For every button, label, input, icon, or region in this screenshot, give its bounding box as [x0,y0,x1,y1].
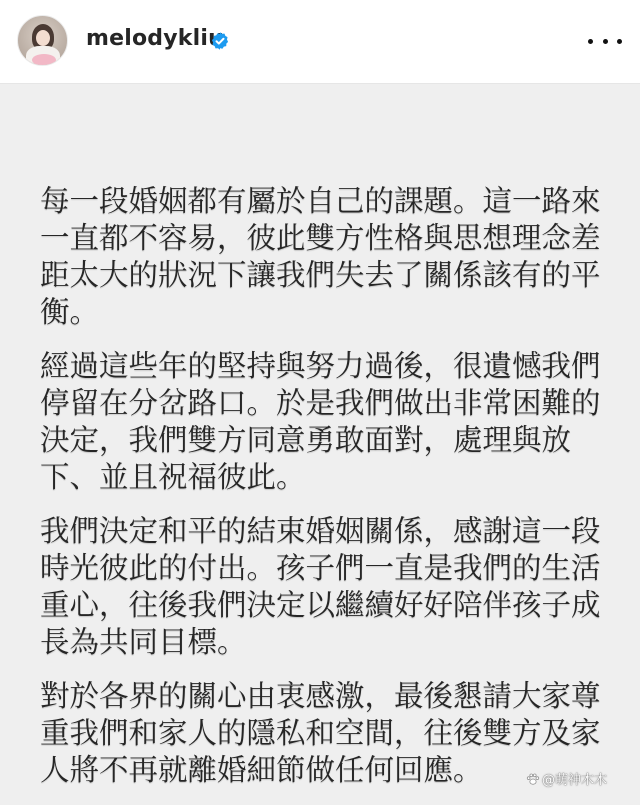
post-paragraph-1: 每一段婚姻都有屬於自己的課題。這一路來 一直都不容易，彼此雙方性格與思想理念差 … [40,183,610,331]
username-link[interactable]: melodykliu [86,26,224,51]
post-paragraph-2: 經過這些年的堅持與努力過後，很遺憾我們 停留在分岔路口。於是我們做出非常困難的 … [40,348,610,496]
more-dot-icon [617,39,622,44]
watermark: @萌神木木 [526,769,607,788]
more-dot-icon [603,39,608,44]
paw-icon [526,772,540,786]
avatar-face [36,30,50,46]
watermark-text: @萌神木木 [542,769,607,788]
more-dot-icon [588,39,593,44]
post-text-image: 每一段婚姻都有屬於自己的課題。這一路來 一直都不容易，彼此雙方性格與思想理念差 … [40,183,610,805]
post-paragraph-4: 對於各界的關心由衷感激，最後懇請大家尊 重我們和家人的隱私和空間，往後雙方及家 … [40,678,610,789]
avatar[interactable] [17,15,68,66]
avatar-flowers [32,54,56,66]
post-paragraph-3: 我們決定和平的結束婚姻關係，感謝這一段 時光彼此的付出。孩子們一直是我們的生活 … [40,513,610,661]
more-options-button[interactable] [588,30,622,52]
post-header: melodykliu [0,0,640,84]
verified-badge-icon [210,31,230,51]
